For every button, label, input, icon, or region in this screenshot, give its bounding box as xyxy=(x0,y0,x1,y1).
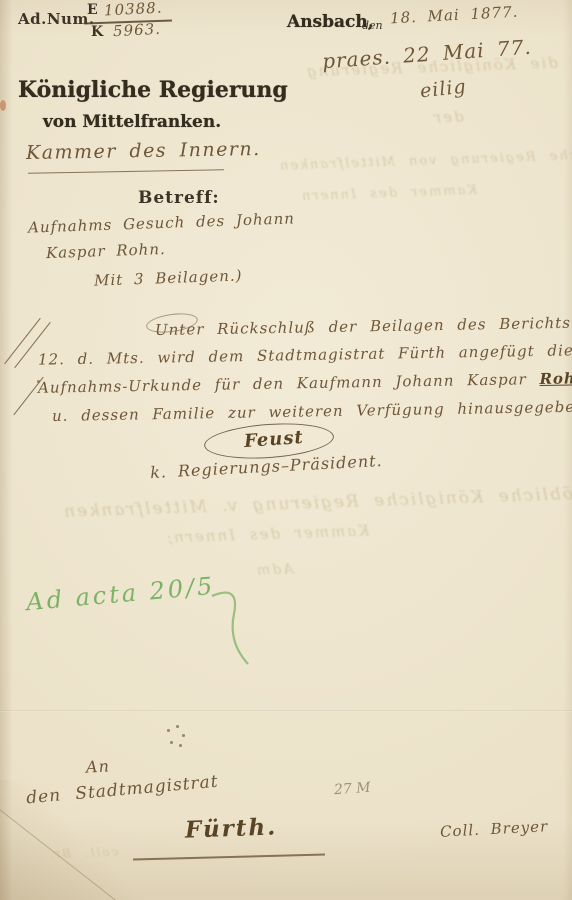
address-city: Fürth. xyxy=(185,813,278,843)
document-page: die Königliche Regierung der Hochlöblich… xyxy=(0,0,572,900)
pencil-folio-note: 27 M xyxy=(333,780,371,799)
address-to: An xyxy=(86,756,111,776)
